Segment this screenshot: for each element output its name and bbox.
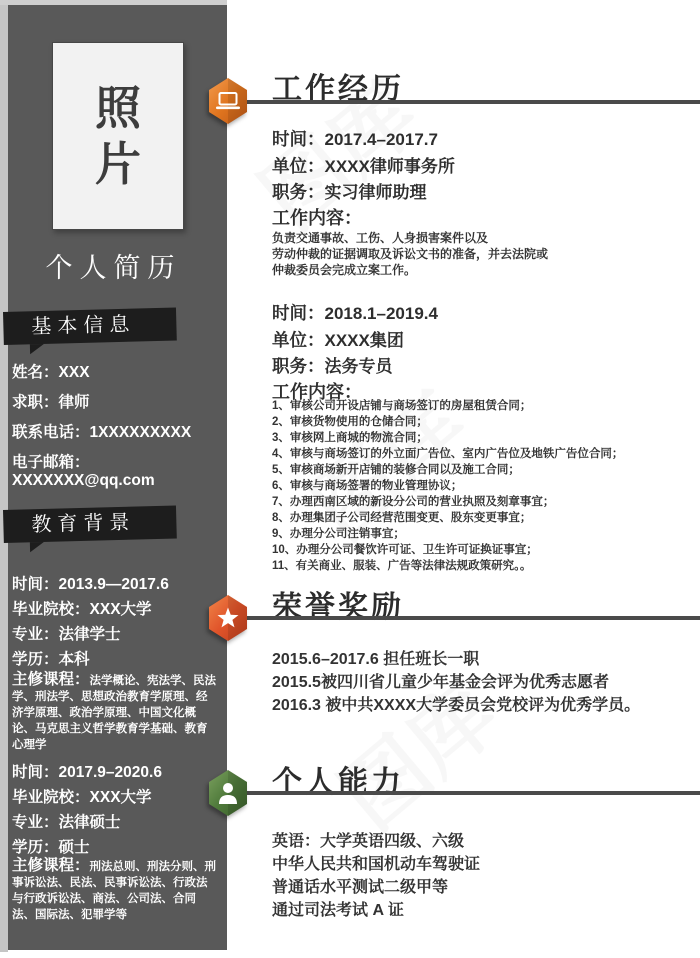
task-item: 9、办理分公司注销事宜； xyxy=(272,526,696,542)
field-label: 时间： xyxy=(272,129,325,149)
field-value: 2018.1–2019.4 xyxy=(325,304,438,323)
education-row: 学历：本科 xyxy=(12,647,220,672)
education-row: 专业：法律学士 xyxy=(12,622,220,647)
description-line: 负责交通事故、工伤、人身损害案件以及 xyxy=(272,230,692,246)
field-label: 专业： xyxy=(12,814,59,831)
job-entry-1: 时间：2017.4–2017.7 单位：XXXX律师事务所 职务：实习律师助理 … xyxy=(272,126,692,232)
field-value: 2017.4–2017.7 xyxy=(325,130,438,149)
section-rule-abilities xyxy=(240,791,700,795)
field-value: 律师 xyxy=(59,394,90,411)
task-item: 2、审核货物使用的仓储合同； xyxy=(272,414,696,430)
job-row: 单位：XXXX律师事务所 xyxy=(272,152,692,178)
education-row: 毕业院校：XXX大学 xyxy=(12,597,220,622)
field-value: XXX大学 xyxy=(90,789,152,806)
education-row: 专业：法律硕士 xyxy=(12,810,220,835)
honors-list: 2015.6–2017.6 担任班长一职 2015.5被四川省儿童少年基金会评为… xyxy=(272,648,696,717)
field-label: 职务： xyxy=(272,182,325,202)
field-label: 单位： xyxy=(272,156,325,176)
education-row: 时间：2013.9—2017.6 xyxy=(12,572,220,597)
task-item: 10、办理分公司餐饮许可证、卫生许可证换证事宜； xyxy=(272,542,696,558)
field-value: XXXX集团 xyxy=(325,331,404,350)
job-2-task-list: 1、审核公司开设店铺与商场签订的房屋租赁合同； 2、审核货物使用的仓储合同； 3… xyxy=(272,398,696,574)
resume-title: 个人简历 xyxy=(0,246,227,285)
basic-info-row: 联系电话：1XXXXXXXXX xyxy=(12,420,220,450)
education-entry-2: 时间：2017.9–2020.6 毕业院校：XXX大学 专业：法律硕士 学历：硕… xyxy=(12,760,220,860)
job-row: 单位：XXXX集团 xyxy=(272,326,692,352)
basic-info-row: 电子邮箱：XXXXXXX@qq.com xyxy=(12,450,220,480)
page-edge-left xyxy=(0,0,8,952)
ability-item: 中华人民共和国机动车驾驶证 xyxy=(272,853,696,876)
ability-item: 通过司法考试 A 证 xyxy=(272,899,696,922)
education-header-banner: 教育背景 xyxy=(3,505,177,543)
task-item: 1、审核公司开设店铺与商场签订的房屋租赁合同； xyxy=(272,398,696,414)
field-label: 时间： xyxy=(12,764,59,781)
description-line: 仲裁委员会完成立案工作。 xyxy=(272,262,692,278)
field-value: 2017.9–2020.6 xyxy=(59,764,162,781)
star-icon xyxy=(206,594,250,642)
task-item: 5、审核商场新开店铺的装修合同以及施工合同； xyxy=(272,462,696,478)
laptop-icon xyxy=(206,77,250,125)
task-item: 6、审核与商场签署的物业管理协议； xyxy=(272,478,696,494)
field-value: 法律硕士 xyxy=(59,814,121,831)
field-value: 硕士 xyxy=(59,839,90,856)
education-entry-1: 时间：2013.9—2017.6 毕业院校：XXX大学 专业：法律学士 学历：本… xyxy=(12,572,220,672)
field-value: 法律学士 xyxy=(59,626,121,643)
honor-item: 2015.5被四川省儿童少年基金会评为优秀志愿者 xyxy=(272,671,696,694)
basic-info-row: 求职：律师 xyxy=(12,390,220,420)
photo-placeholder: 照片 xyxy=(52,42,184,230)
field-label: 联系电话： xyxy=(12,424,90,441)
job-1-description: 负责交通事故、工伤、人身损害案件以及 劳动仲裁的证据调取及诉讼文书的准备，并去法… xyxy=(272,230,692,278)
field-label: 姓名： xyxy=(12,364,59,381)
education-courses-1: 主修课程：法学概论、宪法学、民法学、刑法学、思想政治教育学原理、经济学原理、政治… xyxy=(12,672,216,753)
photo-placeholder-label: 照片 xyxy=(92,80,145,192)
field-label: 毕业院校： xyxy=(12,601,90,618)
ability-item: 普通话水平测试二级甲等 xyxy=(272,876,696,899)
education-header-label: 教育背景 xyxy=(31,512,136,537)
job-entry-2: 时间：2018.1–2019.4 单位：XXXX集团 职务：法务专员 工作内容： xyxy=(272,300,692,406)
field-label: 时间： xyxy=(12,576,59,593)
field-label: 时间： xyxy=(272,303,325,323)
task-item: 7、办理西南区域的新设分公司的营业执照及刻章事宜； xyxy=(272,494,696,510)
task-item: 11、有关商业、服装、广告等法律法规政策研究。。 xyxy=(272,558,696,574)
job-row: 职务：法务专员 xyxy=(272,352,692,378)
abilities-list: 英语：大学英语四级、六级 中华人民共和国机动车驾驶证 普通话水平测试二级甲等 通… xyxy=(272,830,696,922)
education-row: 时间：2017.9–2020.6 xyxy=(12,760,220,785)
courses-label: 主修课程： xyxy=(12,857,90,874)
task-item: 4、审核与商场签订的外立面广告位、室内广告位及地铁广告位合同； xyxy=(272,446,696,462)
field-value: XXX xyxy=(59,364,90,381)
job-row: 时间：2017.4–2017.7 xyxy=(272,126,692,152)
basic-info-row: 姓名：XXX xyxy=(12,360,220,390)
courses-label: 主修课程： xyxy=(12,671,90,688)
work-content-label: 工作内容： xyxy=(272,204,692,232)
field-value: XXX大学 xyxy=(90,601,152,618)
task-item: 3、审核网上商城的物流合同； xyxy=(272,430,696,446)
task-item: 8、办理集团子公司经营范围变更、股东变更事宜； xyxy=(272,510,696,526)
honor-item: 2016.3 被中共XXXX大学委员会党校评为优秀学员。 xyxy=(272,694,696,717)
page-edge-top xyxy=(0,0,227,5)
basic-info-header-banner: 基本信息 xyxy=(3,307,177,345)
field-label: 电子邮箱： xyxy=(12,454,90,471)
field-label: 单位： xyxy=(272,330,325,350)
honor-item: 2015.6–2017.6 担任班长一职 xyxy=(272,648,696,671)
section-rule-work xyxy=(240,100,700,104)
job-row: 职务：实习律师助理 xyxy=(272,178,692,204)
person-icon xyxy=(206,769,250,817)
description-line: 劳动仲裁的证据调取及诉讼文书的准备，并去法院或 xyxy=(272,246,692,262)
basic-info-header-label: 基本信息 xyxy=(31,314,136,339)
ability-item: 英语：大学英语四级、六级 xyxy=(272,830,696,853)
field-value: 1XXXXXXXXX xyxy=(90,424,192,441)
section-rule-honors xyxy=(240,616,700,620)
field-label: 职务： xyxy=(272,356,325,376)
field-label: 专业： xyxy=(12,626,59,643)
field-label: 学历： xyxy=(12,651,59,668)
field-value: 本科 xyxy=(59,651,90,668)
job-row: 时间：2018.1–2019.4 xyxy=(272,300,692,326)
field-value: 2013.9—2017.6 xyxy=(59,576,169,593)
field-value: XXXXXXX@qq.com xyxy=(12,472,155,489)
field-value: 法务专员 xyxy=(325,357,393,376)
education-row: 毕业院校：XXX大学 xyxy=(12,785,220,810)
basic-info-list: 姓名：XXX 求职：律师 联系电话：1XXXXXXXXX 电子邮箱：XXXXXX… xyxy=(12,360,220,480)
field-label: 毕业院校： xyxy=(12,789,90,806)
field-value: XXXX律师事务所 xyxy=(325,157,455,176)
field-value: 实习律师助理 xyxy=(325,183,427,202)
field-label: 求职： xyxy=(12,394,59,411)
field-label: 学历： xyxy=(12,839,59,856)
education-courses-2: 主修课程：刑法总则、刑法分则、刑事诉讼法、民法、民事诉讼法、行政法与行政诉讼法、… xyxy=(12,858,216,923)
